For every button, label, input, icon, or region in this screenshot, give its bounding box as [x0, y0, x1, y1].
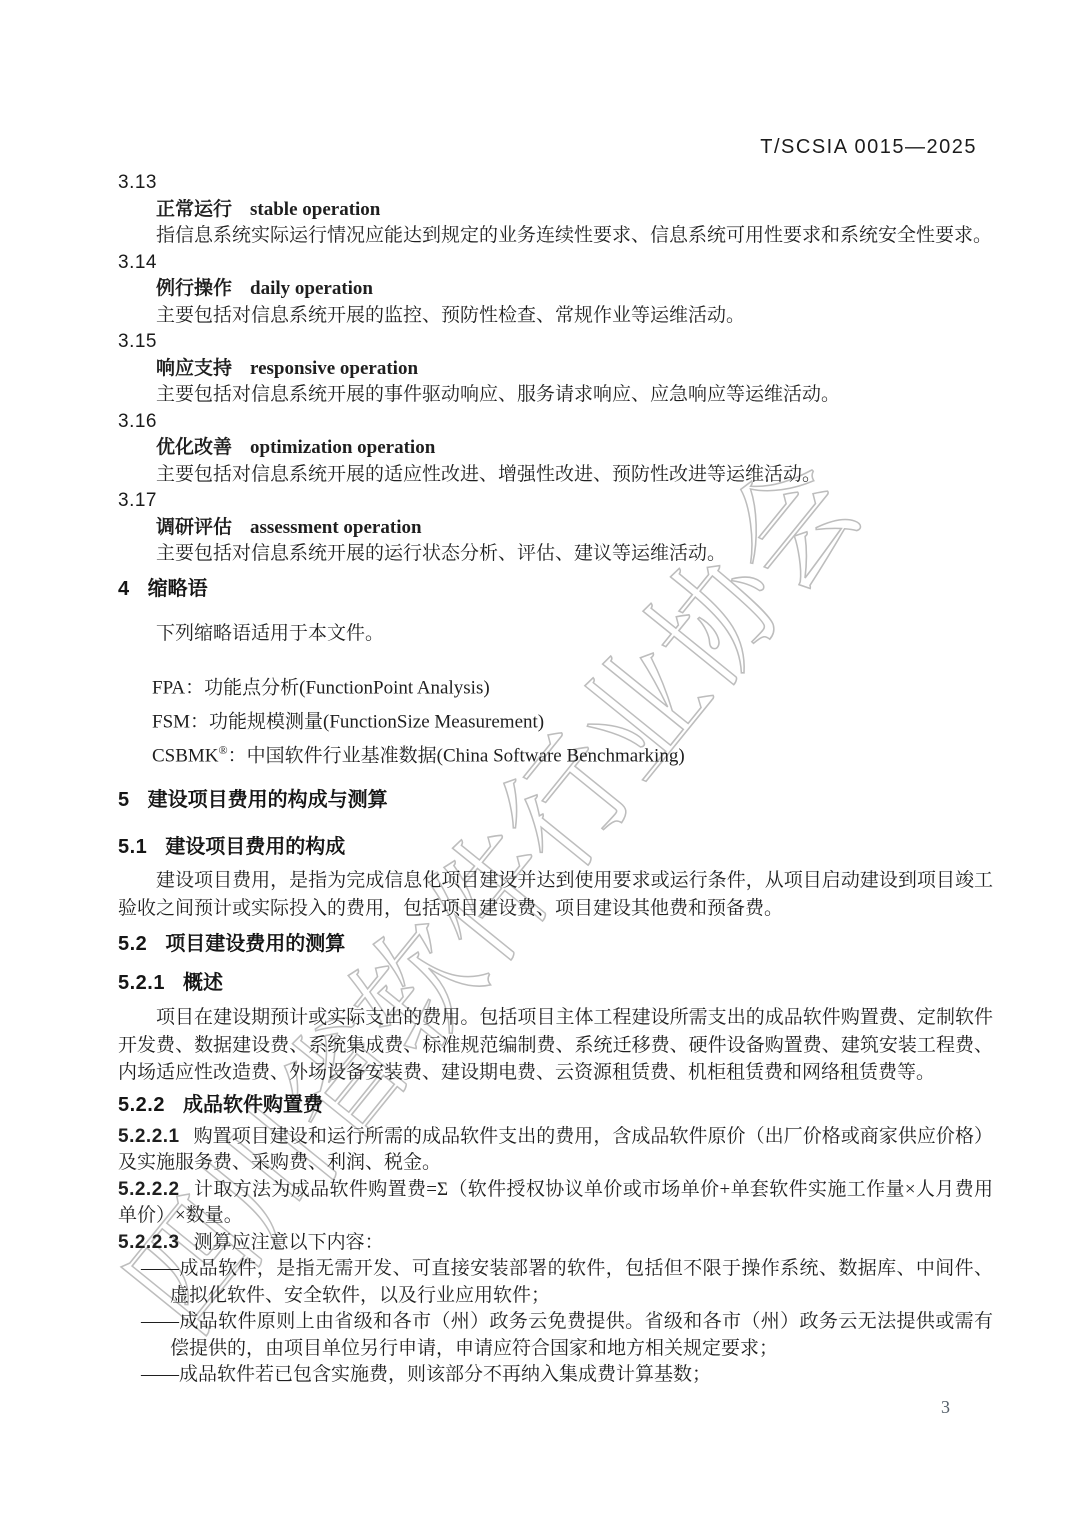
abbreviation-list: FPA：功能点分析(FunctionPoint Analysis) FSM：功能… — [118, 668, 993, 771]
page-content: 3.13 正常运行stable operation 指信息系统实际运行情况应能达… — [118, 170, 993, 1389]
term-3-14: 3.14 例行操作daily operation 主要包括对信息系统开展的监控、… — [118, 250, 993, 330]
dash: —— — [141, 1258, 179, 1279]
term-definition: 主要包括对信息系统开展的监控、预防性检查、常规作业等运维活动。 — [118, 303, 993, 330]
term-title: 响应支持responsive operation — [118, 356, 993, 383]
term-definition: 主要包括对信息系统开展的适应性改进、增强性改进、预防性改进等运维活动。 — [118, 462, 993, 489]
term-title: 优化改善optimization operation — [118, 435, 993, 462]
clause-text: 计取方法为成品软件购置费=Σ（软件授权协议单价或市场单价+单套软件实施工作量×人… — [118, 1179, 993, 1227]
dash-item-text: 成品软件原则上由省级和各市（州）政务云免费提供。省级和各市（州）政务云无法提供或… — [170, 1311, 993, 1359]
section-4-heading: 4缩略语 — [118, 576, 993, 603]
term-definition: 指信息系统实际运行情况应能达到规定的业务连续性要求、信息系统可用性要求和系统安全… — [118, 223, 993, 250]
term-definition: 主要包括对信息系统开展的事件驱动响应、服务请求响应、应急响应等运维活动。 — [118, 382, 993, 409]
section-5-2-heading: 5.2项目建设费用的测算 — [118, 931, 993, 958]
dash-list-item: ——成品软件原则上由省级和各市（州）政务云免费提供。省级和各市（州）政务云无法提… — [118, 1309, 993, 1362]
dash-list-item: ——成品软件若已包含实施费，则该部分不再纳入集成费计算基数； — [118, 1362, 993, 1389]
term-number: 3.16 — [118, 409, 993, 436]
section-number: 5 — [118, 789, 130, 811]
term-title-en: assessment operation — [250, 517, 422, 538]
clause-number: 5.2.2.2 — [118, 1179, 180, 1200]
term-title-en: daily operation — [250, 278, 373, 299]
term-title-en: optimization operation — [250, 437, 435, 458]
section-5-2-1-paragraph: 项目在建设期预计或实际支出的费用。包括项目主体工程建设所需支出的成品软件购置费、… — [118, 1004, 993, 1087]
clause-number: 5.2.2.1 — [118, 1126, 180, 1147]
clause-text: 购置项目建设和运行所需的成品软件支出的费用，含成品软件原价（出厂价格或商家供应价… — [118, 1126, 993, 1174]
abbr-sup: ® — [219, 743, 228, 757]
section-5-2-1-heading: 5.2.1概述 — [118, 970, 993, 997]
abbr-desc: ：中国软件行业基准数据(China Software Benchmarking) — [228, 745, 685, 766]
page-number: 3 — [941, 1397, 950, 1418]
clause-5-2-2-2: 5.2.2.2计取方法为成品软件购置费=Σ（软件授权协议单价或市场单价+单套软件… — [118, 1177, 993, 1230]
section-number: 5.1 — [118, 836, 147, 858]
abbr-code: CSBMK — [152, 745, 219, 766]
dash-list-item: ——成品软件，是指无需开发、可直接安装部署的软件，包括但不限于操作系统、数据库、… — [118, 1256, 993, 1309]
dash-item-text: 成品软件若已包含实施费，则该部分不再纳入集成费计算基数； — [179, 1364, 711, 1385]
clause-text: 测算应注意以下内容： — [194, 1232, 384, 1253]
term-title: 例行操作daily operation — [118, 276, 993, 303]
clause-5-2-2-3: 5.2.2.3测算应注意以下内容： — [118, 1230, 993, 1257]
section-title: 概述 — [183, 972, 223, 994]
term-title: 正常运行stable operation — [118, 197, 993, 224]
section-number: 5.2.1 — [118, 972, 165, 994]
term-title-en: stable operation — [250, 199, 380, 220]
term-title-zh: 优化改善 — [156, 437, 232, 458]
abbreviation-csbmk: CSBMK®：中国软件行业基准数据(China Software Benchma… — [118, 736, 993, 770]
term-3-16: 3.16 优化改善optimization operation 主要包括对信息系… — [118, 409, 993, 489]
dash: —— — [141, 1364, 179, 1385]
section-title: 项目建设费用的测算 — [165, 933, 345, 955]
abbreviation-fsm: FSM：功能规模测量(FunctionSize Measurement) — [118, 702, 993, 736]
abbr-code: FPA — [152, 677, 185, 698]
clause-number: 5.2.2.3 — [118, 1232, 180, 1253]
term-number: 3.15 — [118, 329, 993, 356]
section-title: 缩略语 — [148, 578, 208, 600]
section-number: 5.2 — [118, 933, 147, 955]
document-code: T/SCSIA 0015—2025 — [760, 136, 977, 159]
term-title-zh: 响应支持 — [156, 358, 232, 379]
dash: —— — [141, 1311, 179, 1332]
section-number: 5.2.2 — [118, 1094, 165, 1116]
abbreviations-intro: 下列缩略语适用于本文件。 — [118, 620, 993, 647]
section-5-1-heading: 5.1建设项目费用的构成 — [118, 834, 993, 861]
section-number: 4 — [118, 578, 130, 600]
term-3-15: 3.15 响应支持responsive operation 主要包括对信息系统开… — [118, 329, 993, 409]
term-title-zh: 正常运行 — [156, 199, 232, 220]
term-title-zh: 调研评估 — [156, 517, 232, 538]
term-title-en: responsive operation — [250, 358, 418, 379]
term-title-zh: 例行操作 — [156, 278, 232, 299]
term-number: 3.17 — [118, 488, 993, 515]
section-5-1-paragraph: 建设项目费用，是指为完成信息化项目建设并达到使用要求或运行条件，从项目启动建设到… — [118, 867, 993, 922]
abbr-code: FSM — [152, 711, 190, 732]
term-3-17: 3.17 调研评估assessment operation 主要包括对信息系统开… — [118, 488, 993, 568]
dash-item-text: 成品软件，是指无需开发、可直接安装部署的软件，包括但不限于操作系统、数据库、中间… — [170, 1258, 993, 1306]
section-5-heading: 5建设项目费用的构成与测算 — [118, 787, 993, 814]
abbr-desc: ：功能点分析(FunctionPoint Analysis) — [185, 677, 490, 698]
term-3-13: 3.13 正常运行stable operation 指信息系统实际运行情况应能达… — [118, 170, 993, 250]
abbreviation-fpa: FPA：功能点分析(FunctionPoint Analysis) — [118, 668, 993, 702]
section-5-2-2-heading: 5.2.2成品软件购置费 — [118, 1092, 993, 1119]
term-number: 3.14 — [118, 250, 993, 277]
clause-5-2-2-1: 5.2.2.1购置项目建设和运行所需的成品软件支出的费用，含成品软件原价（出厂价… — [118, 1124, 993, 1177]
term-title: 调研评估assessment operation — [118, 515, 993, 542]
section-title: 成品软件购置费 — [183, 1094, 323, 1116]
section-5-2-2-clauses: 5.2.2.1购置项目建设和运行所需的成品软件支出的费用，含成品软件原价（出厂价… — [118, 1124, 993, 1389]
term-definition: 主要包括对信息系统开展的运行状态分析、评估、建议等运维活动。 — [118, 541, 993, 568]
abbr-desc: ：功能规模测量(FunctionSize Measurement) — [190, 711, 544, 732]
section-title: 建设项目费用的构成 — [165, 836, 345, 858]
term-number: 3.13 — [118, 170, 993, 197]
section-title: 建设项目费用的构成与测算 — [148, 789, 388, 811]
